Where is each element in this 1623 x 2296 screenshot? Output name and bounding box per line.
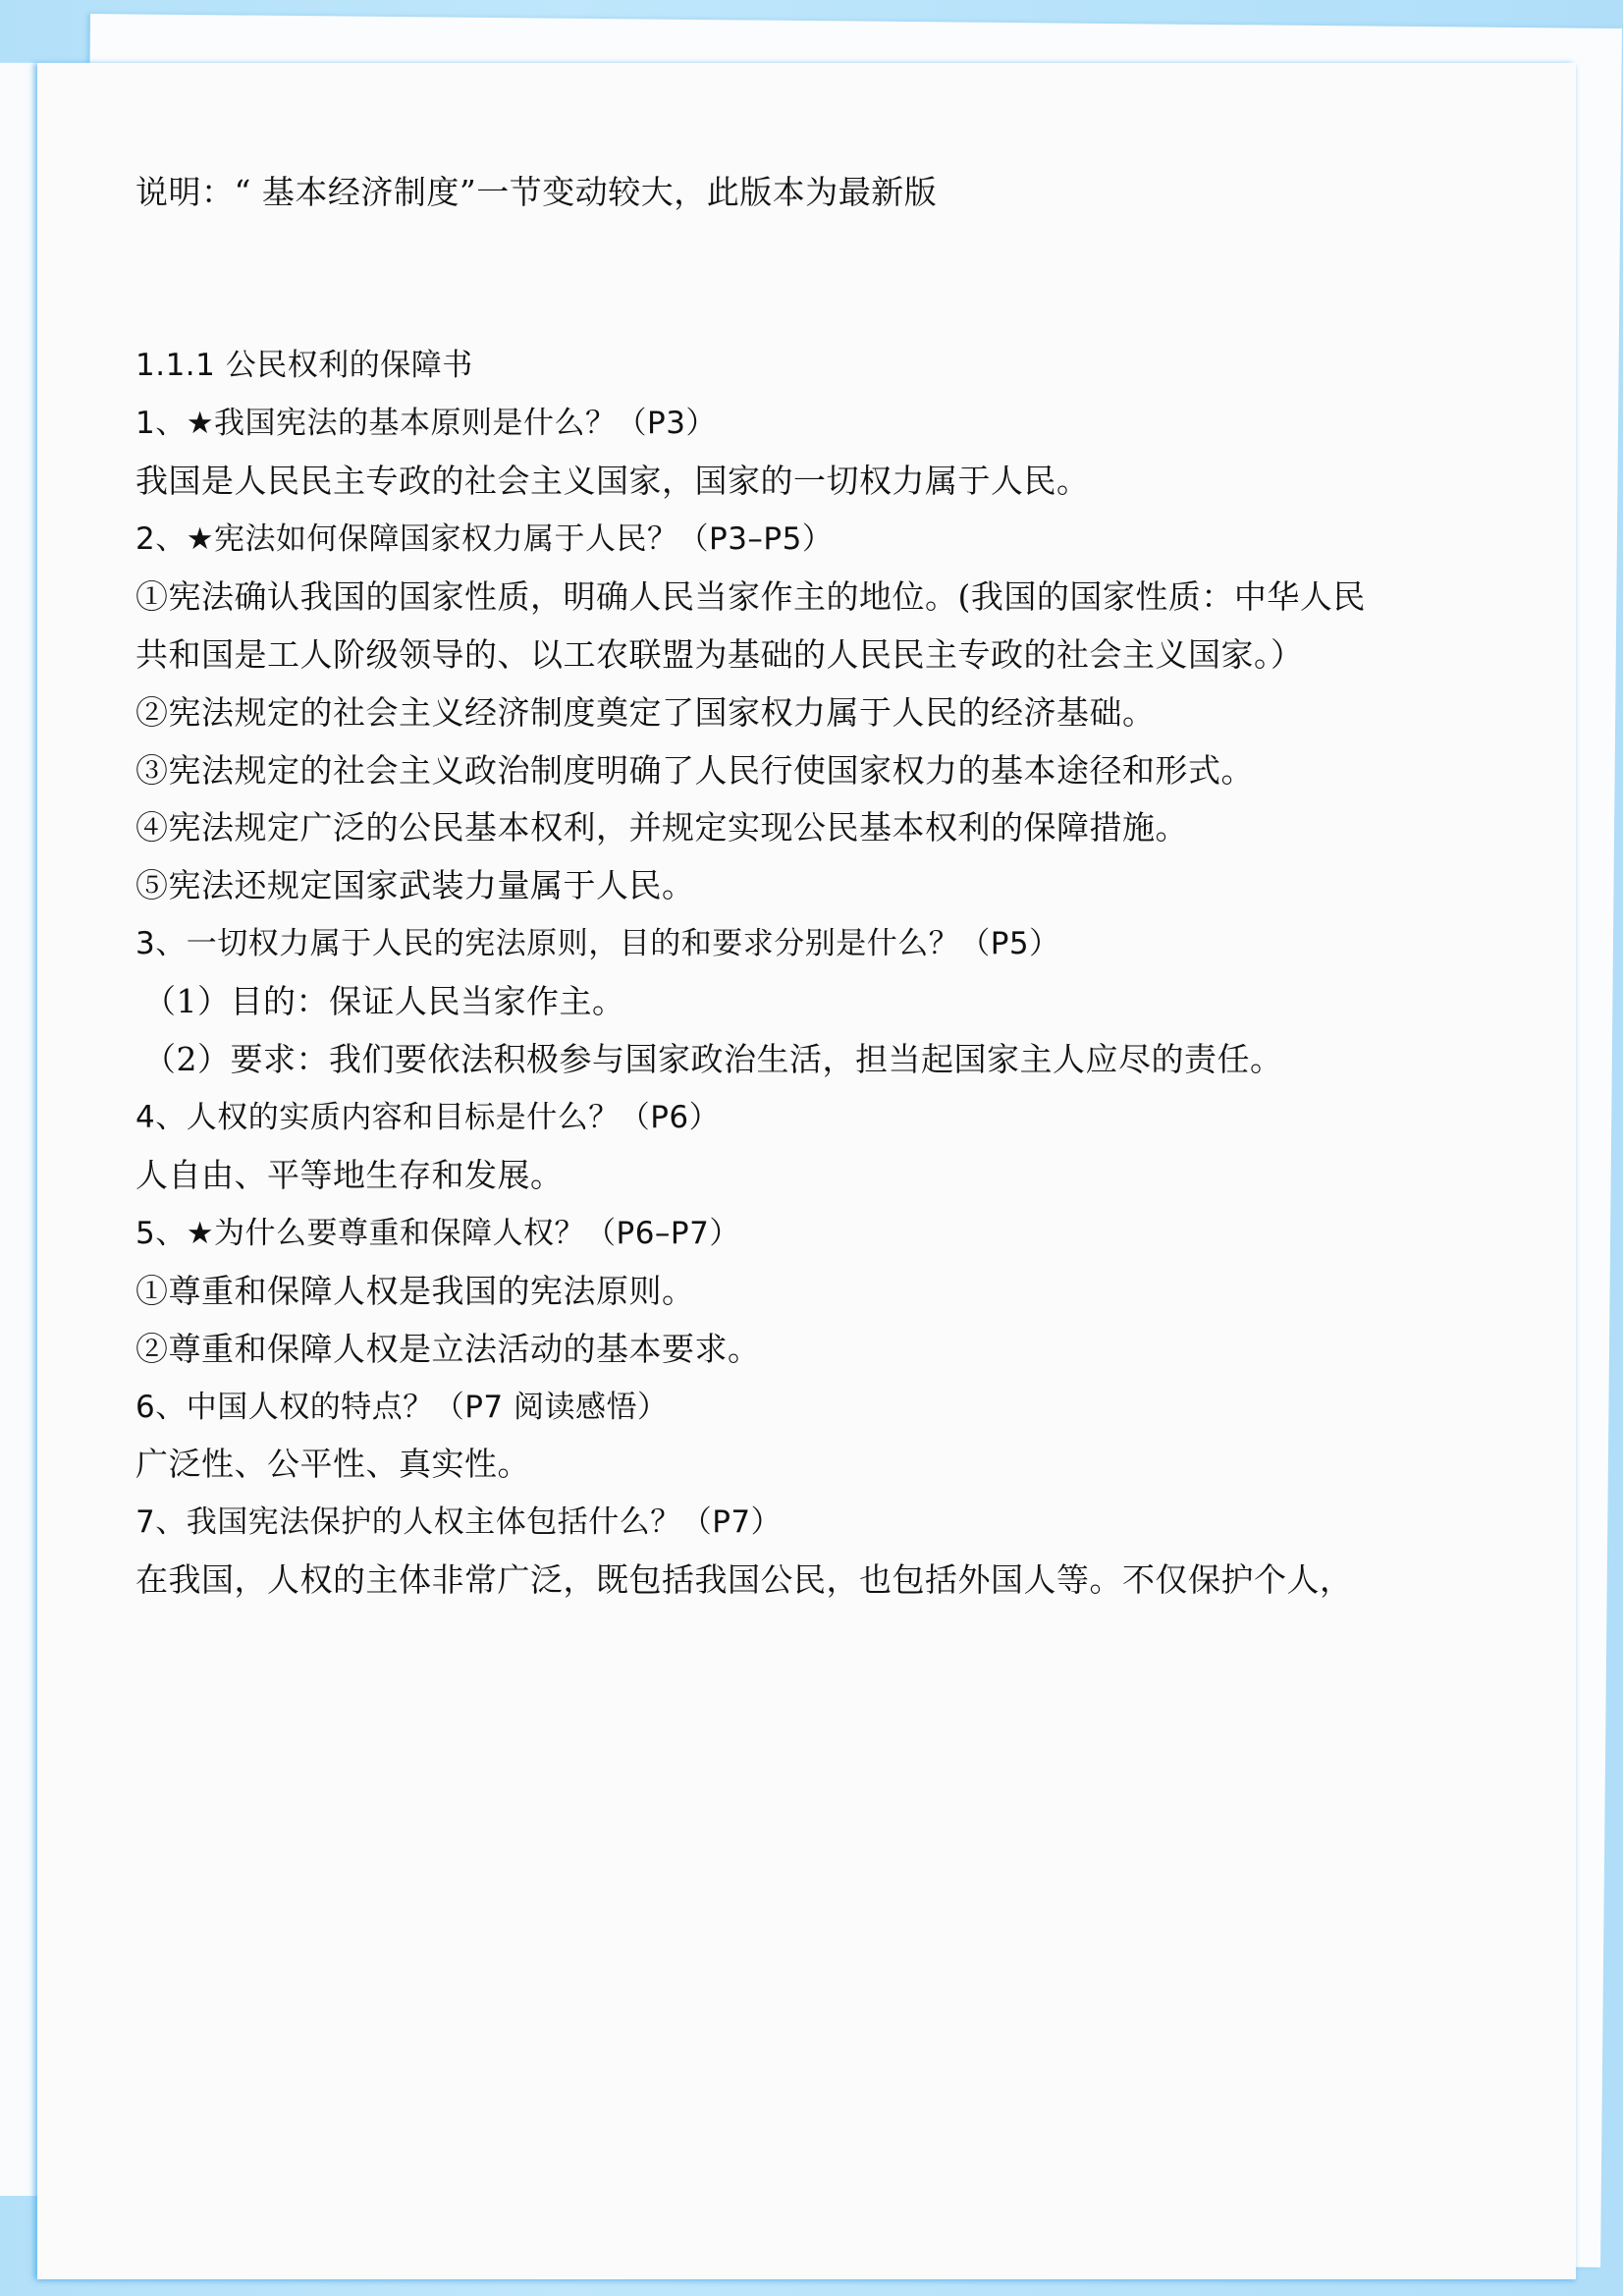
answer-2-item-5: ⑤宪法还规定国家武装力量属于人民。 bbox=[135, 864, 695, 907]
answer-4: 人自由、平等地生存和发展。 bbox=[135, 1154, 564, 1197]
answer-6: 广泛性、公平性、真实性。 bbox=[135, 1443, 530, 1486]
section-heading: 1.1.1 公民权利的保障书 bbox=[135, 344, 473, 387]
background-paper-sheet-edge bbox=[0, 63, 37, 2196]
question-3: 3、一切权力属于人民的宪法原则，目的和要求分别是什么？（P5） bbox=[135, 922, 1060, 965]
answer-2-item-1-cont: 共和国是工人阶级领导的、以工农联盟为基础的人民民主专政的社会主义国家。） bbox=[135, 633, 1304, 677]
answer-1: 我国是人民民主专政的社会主义国家，国家的一切权力属于人民。 bbox=[135, 460, 1090, 503]
answer-2-item-2: ②宪法规定的社会主义经济制度奠定了国家权力属于人民的经济基础。 bbox=[135, 691, 1156, 735]
answer-5-item-1: ①尊重和保障人权是我国的宪法原则。 bbox=[135, 1270, 695, 1313]
question-5: 5、★为什么要尊重和保障人权？（P6–P7） bbox=[135, 1212, 740, 1255]
question-1: 1、★我国宪法的基本原则是什么？（P3） bbox=[135, 402, 717, 445]
answer-3-purpose: （1）目的：保证人民当家作主。 bbox=[143, 980, 625, 1023]
question-6: 6、中国人权的特点？（P7 阅读感悟） bbox=[135, 1386, 669, 1429]
answer-5-item-2: ②尊重和保障人权是立法活动的基本要求。 bbox=[135, 1328, 761, 1371]
question-7: 7、我国宪法保护的人权主体包括什么？（P7） bbox=[135, 1501, 782, 1544]
document-page: 说明：“ 基本经济制度”一节变动较大，此版本为最新版 1.1.1 公民权利的保障… bbox=[37, 63, 1576, 2279]
answer-3-requirement: （2）要求：我们要依法积极参与国家政治生活，担当起国家主人应尽的责任。 bbox=[143, 1038, 1283, 1081]
answer-7: 在我国，人权的主体非常广泛，既包括我国公民，也包括外国人等。不仅保护个人， bbox=[135, 1558, 1353, 1602]
document-note: 说明：“ 基本经济制度”一节变动较大，此版本为最新版 bbox=[135, 171, 937, 214]
question-4: 4、人权的实质内容和目标是什么？（P6） bbox=[135, 1096, 720, 1139]
question-2: 2、★宪法如何保障国家权力属于人民？（P3–P5） bbox=[135, 518, 833, 561]
answer-2-item-1: ①宪法确认我国的国家性质，明确人民当家作主的地位。(我国的国家性质：中华人民 bbox=[135, 575, 1366, 619]
answer-2-item-4: ④宪法规定广泛的公民基本权利，并规定实现公民基本权利的保障措施。 bbox=[135, 806, 1188, 849]
answer-2-item-3: ③宪法规定的社会主义政治制度明确了人民行使国家权力的基本途径和形式。 bbox=[135, 749, 1254, 793]
